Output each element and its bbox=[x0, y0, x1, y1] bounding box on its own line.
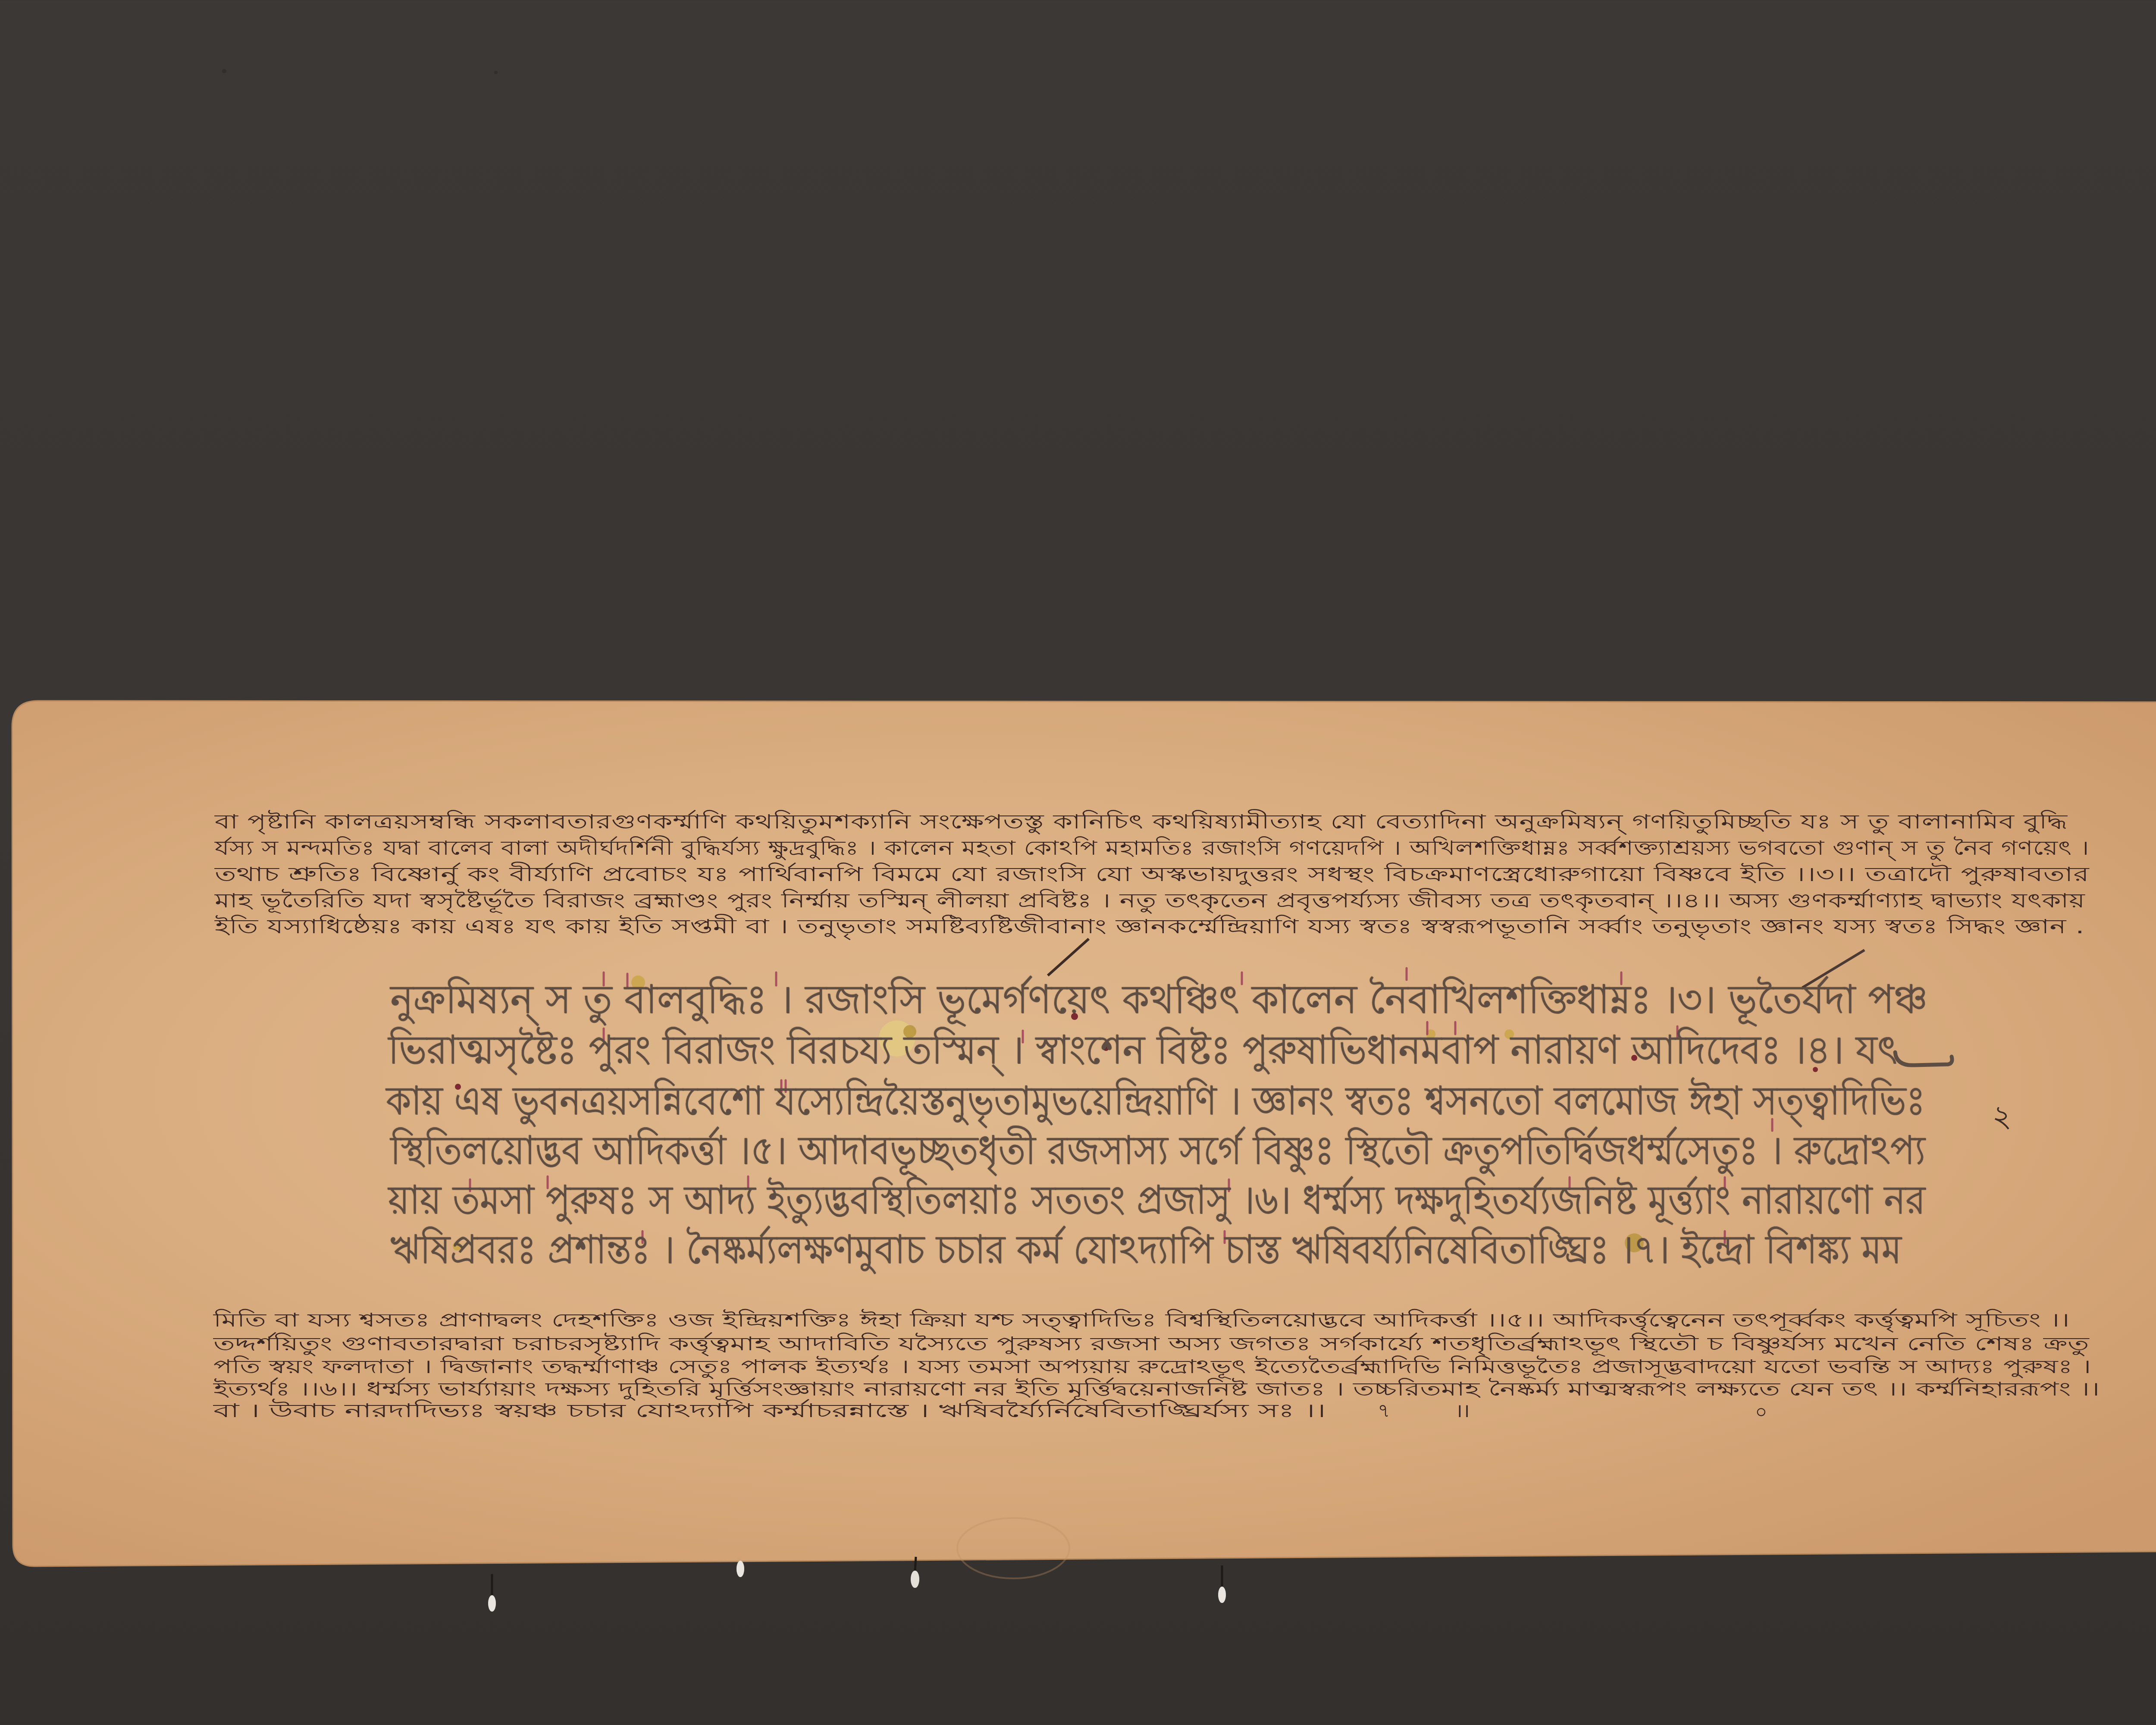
line-text: য়ায় তমসা পুরুষঃ স আদ্য ইত্যুদ্ভবস্থিতি… bbox=[388, 1176, 1925, 1224]
line-text: তথাচ শ্রুতিঃ বিষ্ণোর্নু কং বীর্য্যাণি প্… bbox=[215, 861, 2089, 887]
line-text: মিতি বা যস্য শ্বসতঃ প্রাণাদ্বলং দেহশক্তি… bbox=[213, 1308, 2070, 1333]
commentary-bottom-line: বা । উবাচ নারদাদিভ্যঃ স্বয়ঞ্চ চচার যোঽদ… bbox=[213, 1399, 1326, 1423]
commentary-top-line: র্যস্য স মন্দমতিঃ যদ্বা বালেব বালা অদীর্… bbox=[215, 835, 2089, 861]
line-text: বা । উবাচ নারদাদিভ্যঃ স্বয়ঞ্চ চচার যোঽদ… bbox=[213, 1399, 1326, 1423]
mounting-pin bbox=[488, 1574, 496, 1612]
line-text: তদ্দর্শয়িতুং গুণাবতারদ্বারা চরাচরসৃষ্ট্… bbox=[213, 1332, 2089, 1356]
folio-number: ২ bbox=[1992, 1100, 2012, 1132]
verse-line: য়ায় তমসা পুরুষঃ স আদ্য ইত্যুদ্ভবস্থিতি… bbox=[388, 1176, 1925, 1224]
board-speck bbox=[222, 69, 226, 73]
verse-line: নুক্রমিষ্যন্ স তু বালবুদ্ধিঃ । রজাংসি ভূ… bbox=[390, 976, 1927, 1023]
mounting-pin bbox=[911, 1557, 919, 1588]
verse-number-mark: ৭ bbox=[1378, 1399, 1390, 1423]
line-text: র্যস্য স মন্দমতিঃ যদ্বা বালেব বালা অদীর্… bbox=[215, 835, 2089, 861]
line-text: ইত্যর্থঃ ।।৬।। ধর্ম্মস্য ভার্য্যায়াং দক… bbox=[213, 1377, 2100, 1402]
commentary-top-line: মাহ ভূতৈরিতি যদা স্বসৃষ্টৈর্ভূতৈ বিরাজং … bbox=[215, 888, 2085, 913]
commentary-top-line: ইতি যস্যাধিষ্ঠেয়ঃ কায় এষঃ যৎ কায় ইতি … bbox=[215, 913, 2085, 939]
line-text: ভিরাত্মসৃষ্টৈঃ পুরং বিরাজং বিরচয্য তস্মি… bbox=[388, 1026, 1897, 1074]
circle-mark: ০ bbox=[1755, 1400, 1767, 1424]
commentary-top-line: তথাচ শ্রুতিঃ বিষ্ণোর্নু কং বীর্য্যাণি প্… bbox=[215, 861, 2089, 887]
line-text: স্থিতিলয়োদ্ভব আদিকর্ত্তা ।৫। আদাবভূচ্ছত… bbox=[390, 1127, 1925, 1174]
commentary-bottom-line: ইত্যর্থঃ ।।৬।। ধর্ম্মস্য ভার্য্যায়াং দক… bbox=[213, 1377, 2100, 1402]
commentary-top-line: বা পৃষ্টানি কালত্রয়সম্বন্ধি সকলাবতারগুণ… bbox=[215, 809, 2068, 834]
commentary-bottom-line: মিতি বা যস্য শ্বসতঃ প্রাণাদ্বলং দেহশক্তি… bbox=[213, 1308, 2070, 1333]
double-danda-mark: ।। bbox=[1455, 1399, 1470, 1423]
board-speck bbox=[494, 71, 498, 74]
commentary-bottom-line: পতি স্বয়ং ফলদাতা । দ্বিজানাং তদ্ধর্ম্মা… bbox=[213, 1355, 2091, 1379]
line-text: মাহ ভূতৈরিতি যদা স্বসৃষ্টৈর্ভূতৈ বিরাজং … bbox=[215, 888, 2085, 913]
verse-line: কায় এষ ভুবনত্রয়সন্নিবেশো যস্যেন্দ্রিয়… bbox=[386, 1077, 1925, 1125]
verse-line: ভিরাত্মসৃষ্টৈঃ পুরং বিরাজং বিরচয্য তস্মি… bbox=[388, 1026, 1897, 1074]
line-text: পতি স্বয়ং ফলদাতা । দ্বিজানাং তদ্ধর্ম্মা… bbox=[213, 1355, 2091, 1379]
line-text: কায় এষ ভুবনত্রয়সন্নিবেশো যস্যেন্দ্রিয়… bbox=[386, 1077, 1925, 1125]
line-text: ইতি যস্যাধিষ্ঠেয়ঃ কায় এষঃ যৎ কায় ইতি … bbox=[215, 913, 2084, 939]
line-text: ঋষিপ্রবরঃ প্রশান্তঃ । নৈষ্কর্ম্যলক্ষণমুব… bbox=[390, 1226, 1902, 1273]
mounting-pin bbox=[1218, 1565, 1226, 1603]
commentary-bottom-line: তদ্দর্শয়িতুং গুণাবতারদ্বারা চরাচরসৃষ্ট্… bbox=[213, 1332, 2089, 1356]
line-text: বা পৃষ্টানি কালত্রয়সম্বন্ধি সকলাবতারগুণ… bbox=[215, 809, 2068, 834]
verse-line: ঋষিপ্রবরঃ প্রশান্তঃ । নৈষ্কর্ম্যলক্ষণমুব… bbox=[390, 1226, 1902, 1273]
line-text: নুক্রমিষ্যন্ স তু বালবুদ্ধিঃ । রজাংসি ভূ… bbox=[390, 976, 1927, 1023]
verse-line: স্থিতিলয়োদ্ভব আদিকর্ত্তা ।৫। আদাবভূচ্ছত… bbox=[390, 1127, 1925, 1174]
